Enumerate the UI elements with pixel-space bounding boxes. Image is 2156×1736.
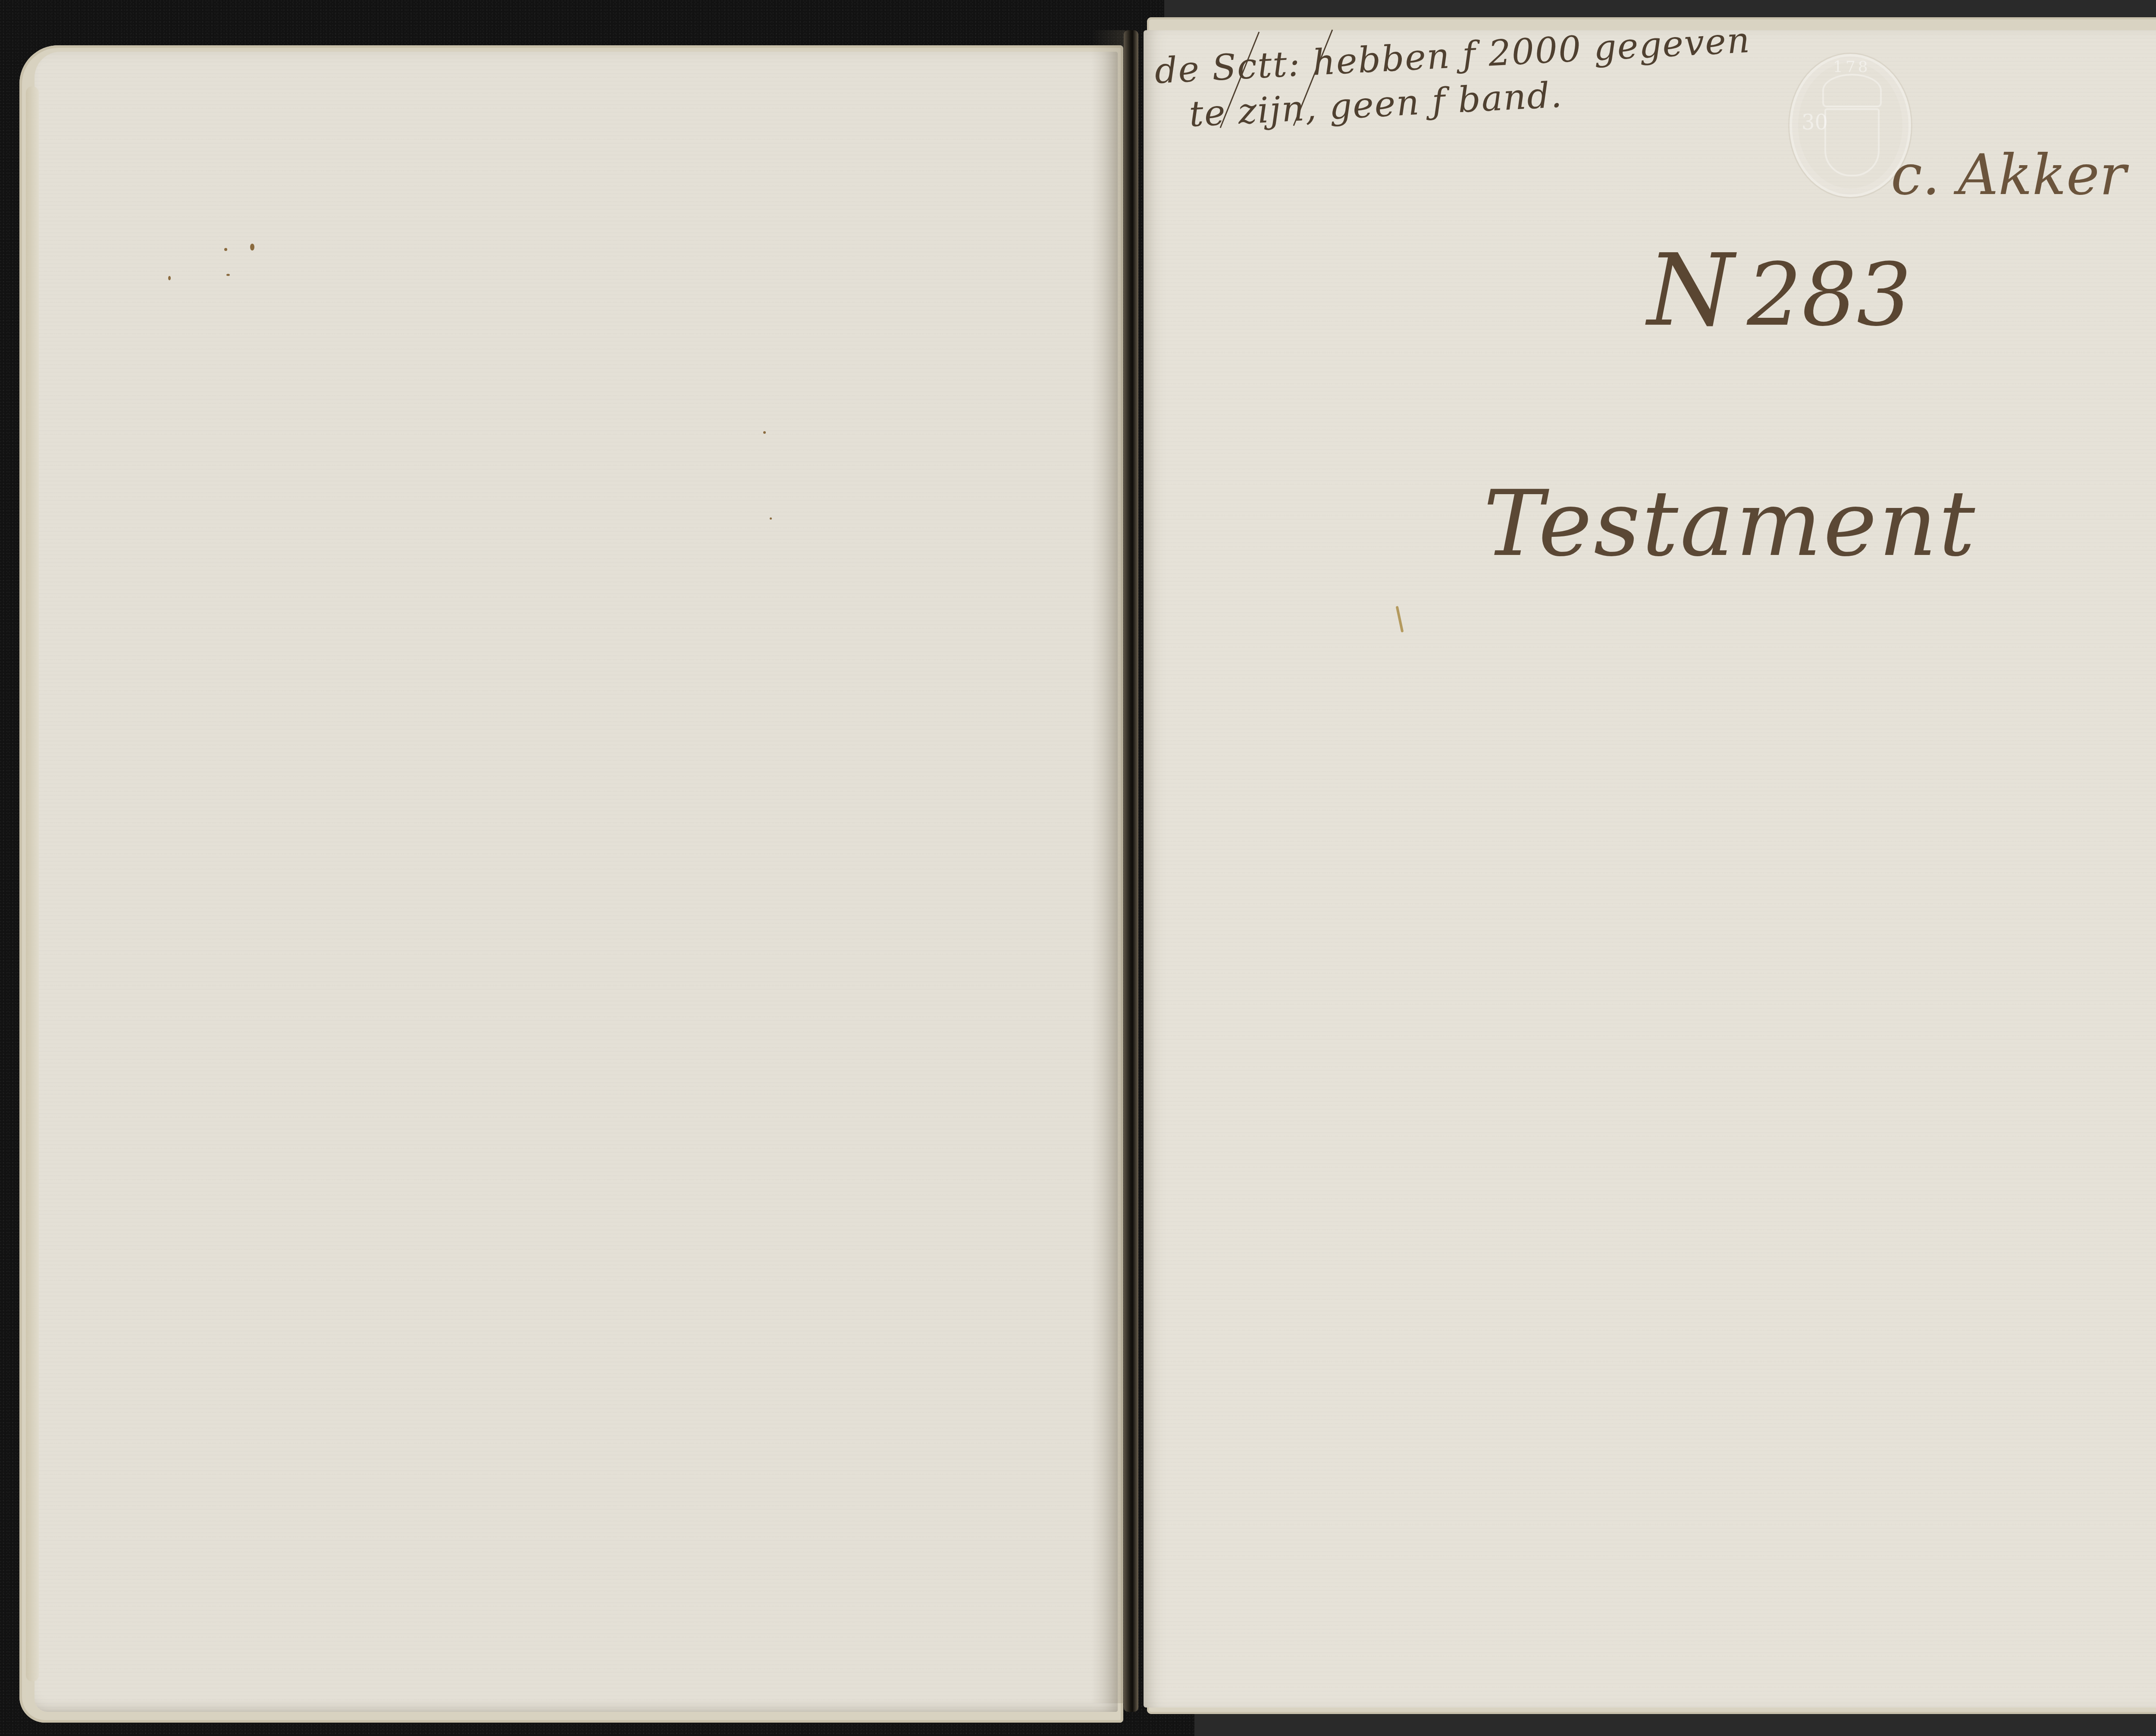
foxing-speck [168,276,171,280]
signature: c. Akker [1891,147,2126,203]
left-page-fold [26,86,39,1682]
number-prefix: N [1647,233,1734,348]
foxing-speck [250,244,254,251]
crown-icon [1822,74,1882,107]
foxing-speck [226,274,230,276]
seal-value: 30 [1802,110,1828,135]
foxing-speck [763,431,766,434]
lion-shield-icon [1824,108,1880,176]
document-title: Testament [1483,479,1977,569]
record-number: N283 [1647,241,1912,341]
scan-background-bottom-right [1194,1712,2156,1736]
foxing-speck [770,517,772,520]
left-page [34,52,1118,1712]
gutter-shadow [1091,30,1125,1703]
book-gutter [1124,30,1138,1712]
number-value: 283 [1747,245,1912,345]
seal-year: 178 [1833,58,1871,76]
foxing-speck [224,248,227,251]
